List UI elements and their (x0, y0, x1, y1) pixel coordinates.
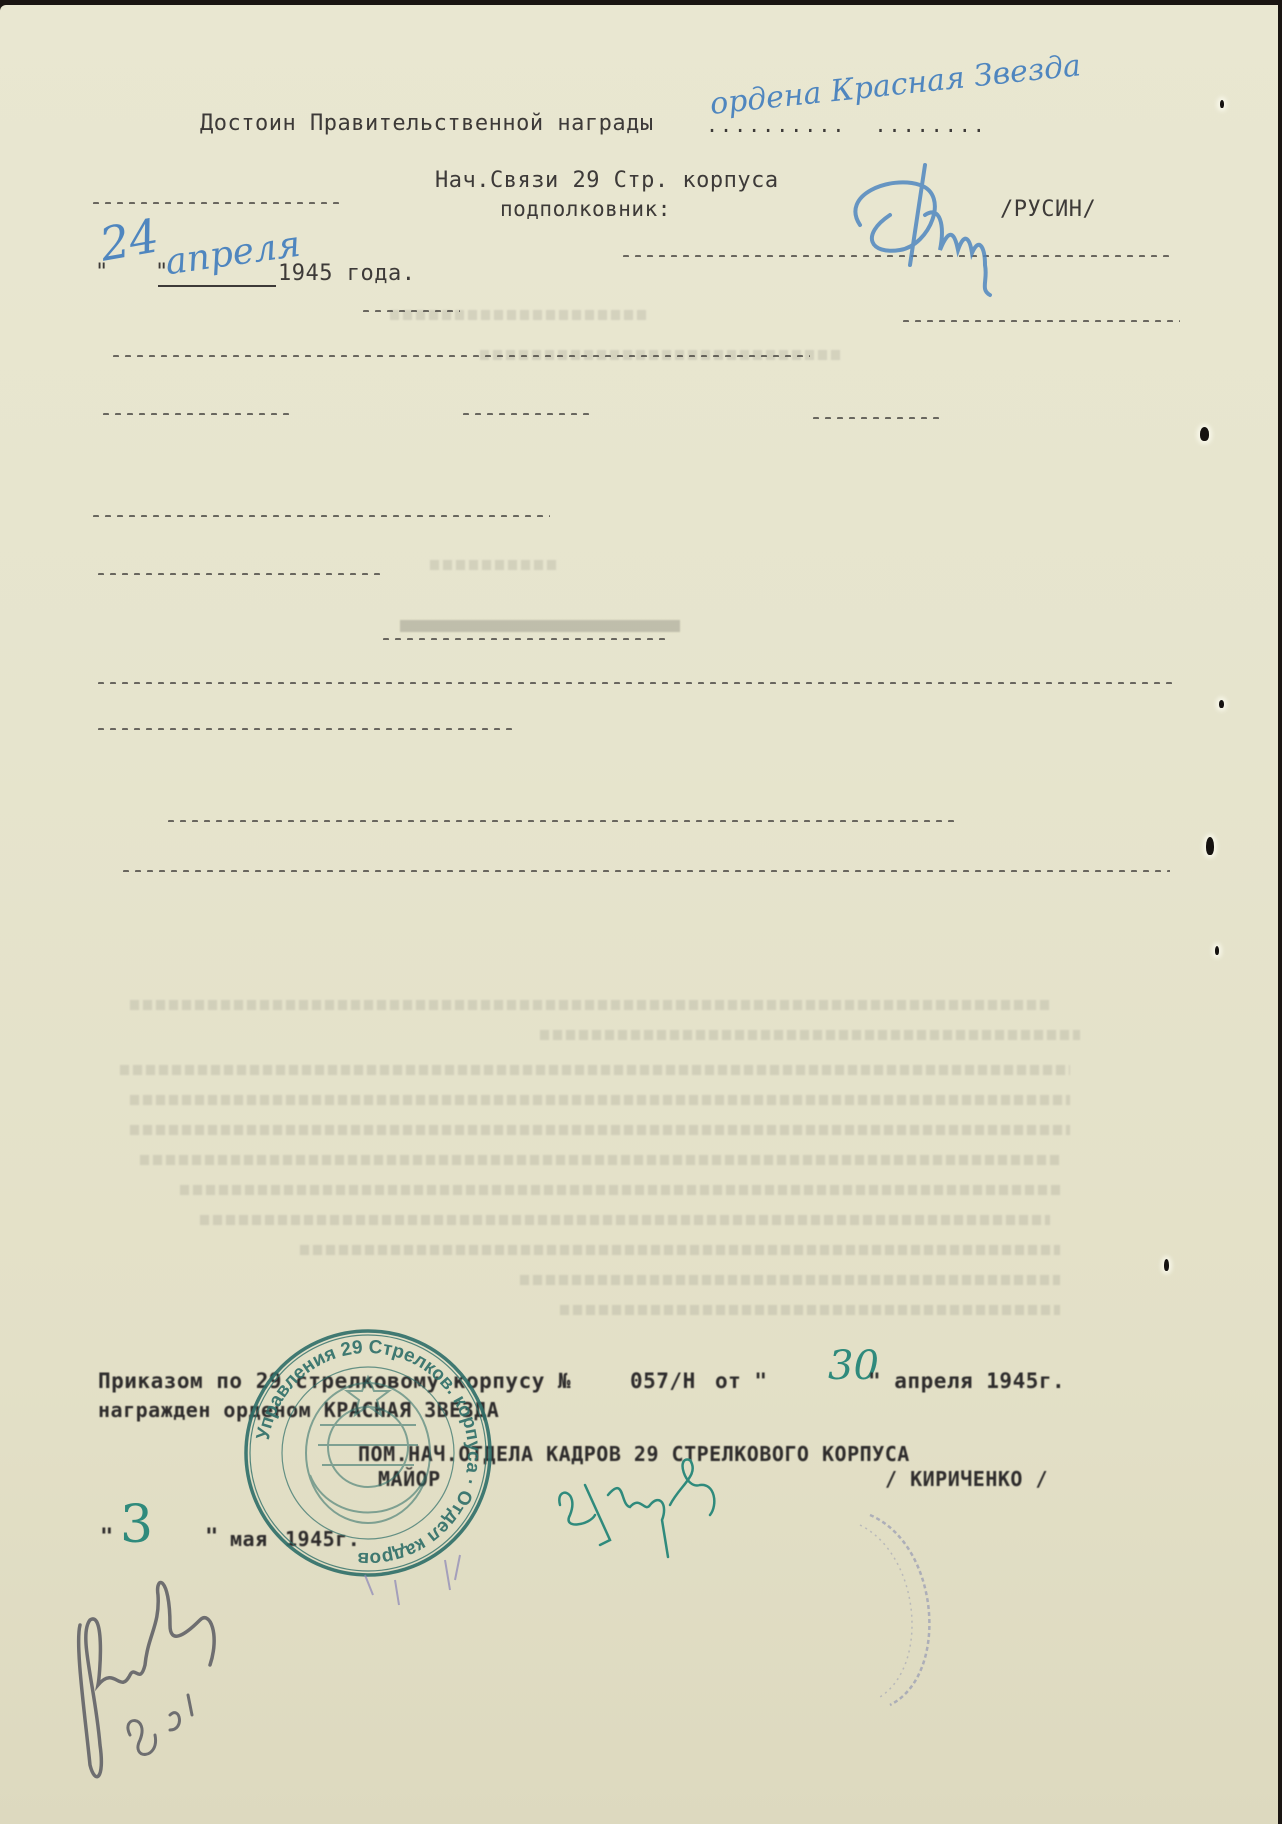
handwritten-award-name: ордена Красная Звезда (708, 48, 1082, 122)
date-year: 1945 года. (278, 261, 415, 286)
date-month-underline (158, 285, 276, 287)
order-date-open-quote: " (100, 1525, 114, 1550)
signature-rusin (830, 155, 1030, 305)
date-day-handwritten: 24 (96, 208, 163, 271)
signatory-position: Нач.Связи 29 Стр. корпуса (435, 168, 779, 193)
document-page: Достоин Правительственной награды ......… (0, 5, 1278, 1824)
order-from-label: от " (715, 1369, 768, 1393)
order-signer-name: / КИРИЧЕНКО / (885, 1467, 1048, 1491)
official-stamp: Управления 29 Стрелков. корпуса · Отдел … (240, 1325, 496, 1581)
pencil-marks (355, 1550, 505, 1620)
order-date-day-handwritten: 3 (120, 1495, 153, 1555)
svg-text:Управления 29 Стрелков. корпус: Управления 29 Стрелков. корпуса · Отдел … (253, 1337, 484, 1569)
order-date-close-quote: " (205, 1525, 219, 1550)
order-number: 057/Н (630, 1369, 696, 1393)
signatory-rank: подполковник: (500, 197, 671, 221)
faint-stamp-partial (830, 1505, 970, 1715)
signature-kirichenko (550, 1445, 750, 1560)
award-label: Достоин Правительственной награды (200, 111, 654, 136)
order-line1-rest: " апреля 1945г. (868, 1369, 1065, 1393)
pencil-signature (60, 1565, 250, 1795)
